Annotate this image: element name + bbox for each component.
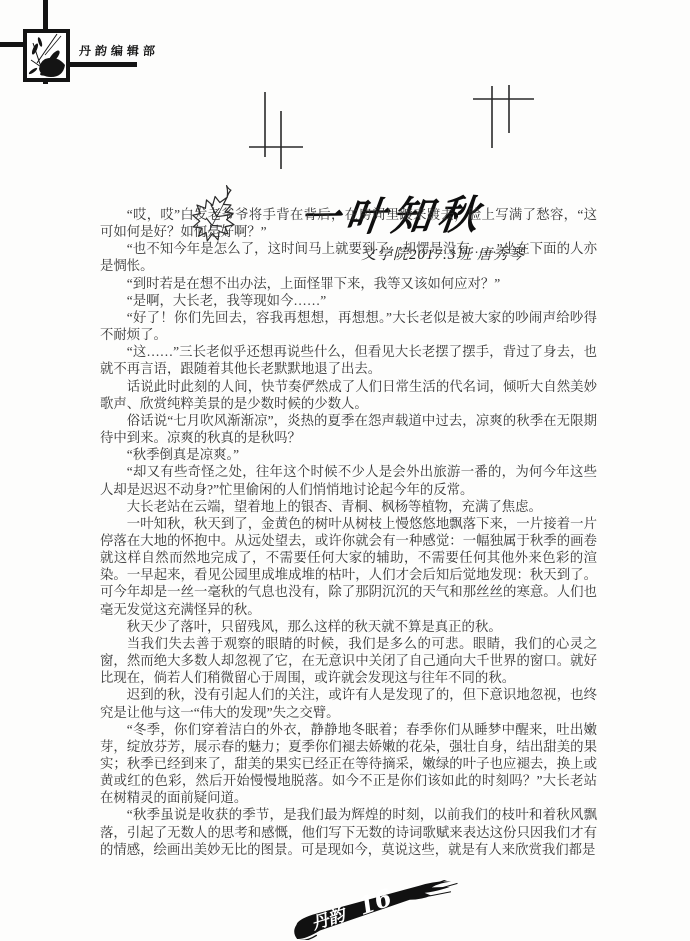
article-paragraph: “也不知今年是怎么了，这时间马上就要到了，却愣是没有……”坐在下面的人亦是惆怅。	[100, 240, 597, 274]
bamboo-ink-illustration	[27, 33, 66, 78]
article-paragraph: “秋季倒真是凉爽。”	[100, 446, 597, 463]
article-paragraph: “到时若是在想不出办法，上面怪罪下来，我等又该如何应对？”	[100, 275, 597, 292]
article-paragraph: “是啊，大长老，我等现如今……”	[100, 292, 597, 309]
article-header: 一叶知秋 文学院2017.3班 唐秀琴	[0, 85, 690, 200]
magazine-page: 丹韵编辑部 一叶知秋 文学院2017.3班 唐秀琴	[0, 0, 690, 941]
ink-painting-frame	[23, 29, 70, 82]
brush-stroke-banner: 丹韵 16	[283, 880, 463, 940]
title-hash-decoration	[0, 85, 690, 200]
article-paragraph: “冬季，你们穿着洁白的外衣，静静地冬眠着；春季你们从睡梦中醒来，吐出嫩芽，绽放芬…	[100, 721, 597, 807]
masthead-left-rule	[0, 42, 23, 47]
article-paragraph: “这……”三长老似乎还想再说些什么，但看见大长老摆了摆手，背过了身去，也就不再言…	[100, 343, 597, 377]
article-body: “哎，哎”白发老爷爷将手背在背后，在房间里踱来踱去，脸上写满了愁容，“这可如何是…	[100, 206, 597, 858]
article-paragraph: “哎，哎”白发老爷爷将手背在背后，在房间里踱来踱去，脸上写满了愁容，“这可如何是…	[100, 206, 597, 240]
article-paragraph: 迟到的秋，没有引起人们的关注，或许有人是发现了的，但下意识地忽视，也终究是让他与…	[100, 686, 597, 720]
article-paragraph: 秋天少了落叶，只留残风，那么这样的秋天就不算是真正的秋。	[100, 618, 597, 635]
masthead-editorial-dept-label: 丹韵编辑部	[78, 42, 159, 59]
masthead-right-rule	[69, 62, 137, 67]
article-paragraph: 大长老站在云端，望着地上的银杏、青桐、枫杨等植物，充满了焦虑。	[100, 498, 597, 515]
article-paragraph: 话说此时此刻的人间，快节奏俨然成了人们日常生活的代名词，倾听大自然美妙歌声、欣赏…	[100, 378, 597, 412]
article-paragraph: “好了！你们先回去，容我再想想，再想想。”大长老似是被大家的吵闹声给吵得不耐烦了…	[100, 309, 597, 343]
page-footer: 丹韵 16	[283, 880, 463, 940]
article-paragraph: 俗话说“七月吹风渐渐凉”，炎热的夏季在怨声载道中过去，凉爽的秋季在无限期待中到来…	[100, 412, 597, 446]
article-paragraph: “秋季虽说是收获的季节，是我们最为辉煌的时刻，以前我们的枝叶和着秋风飘落，引起了…	[100, 806, 597, 857]
article-paragraph: “却又有些奇怪之处，往年这个时候不少人是会外出旅游一番的，为何今年这些人却是迟迟…	[100, 463, 597, 497]
article-paragraph: 一叶知秋，秋天到了，金黄色的树叶从树枝上慢悠悠地飘落下来，一片接着一片停落在大地…	[100, 515, 597, 618]
article-paragraph: 当我们失去善于观察的眼睛的时候，我们是多么的可悲。眼睛，我们的心灵之窗，然而绝大…	[100, 635, 597, 686]
